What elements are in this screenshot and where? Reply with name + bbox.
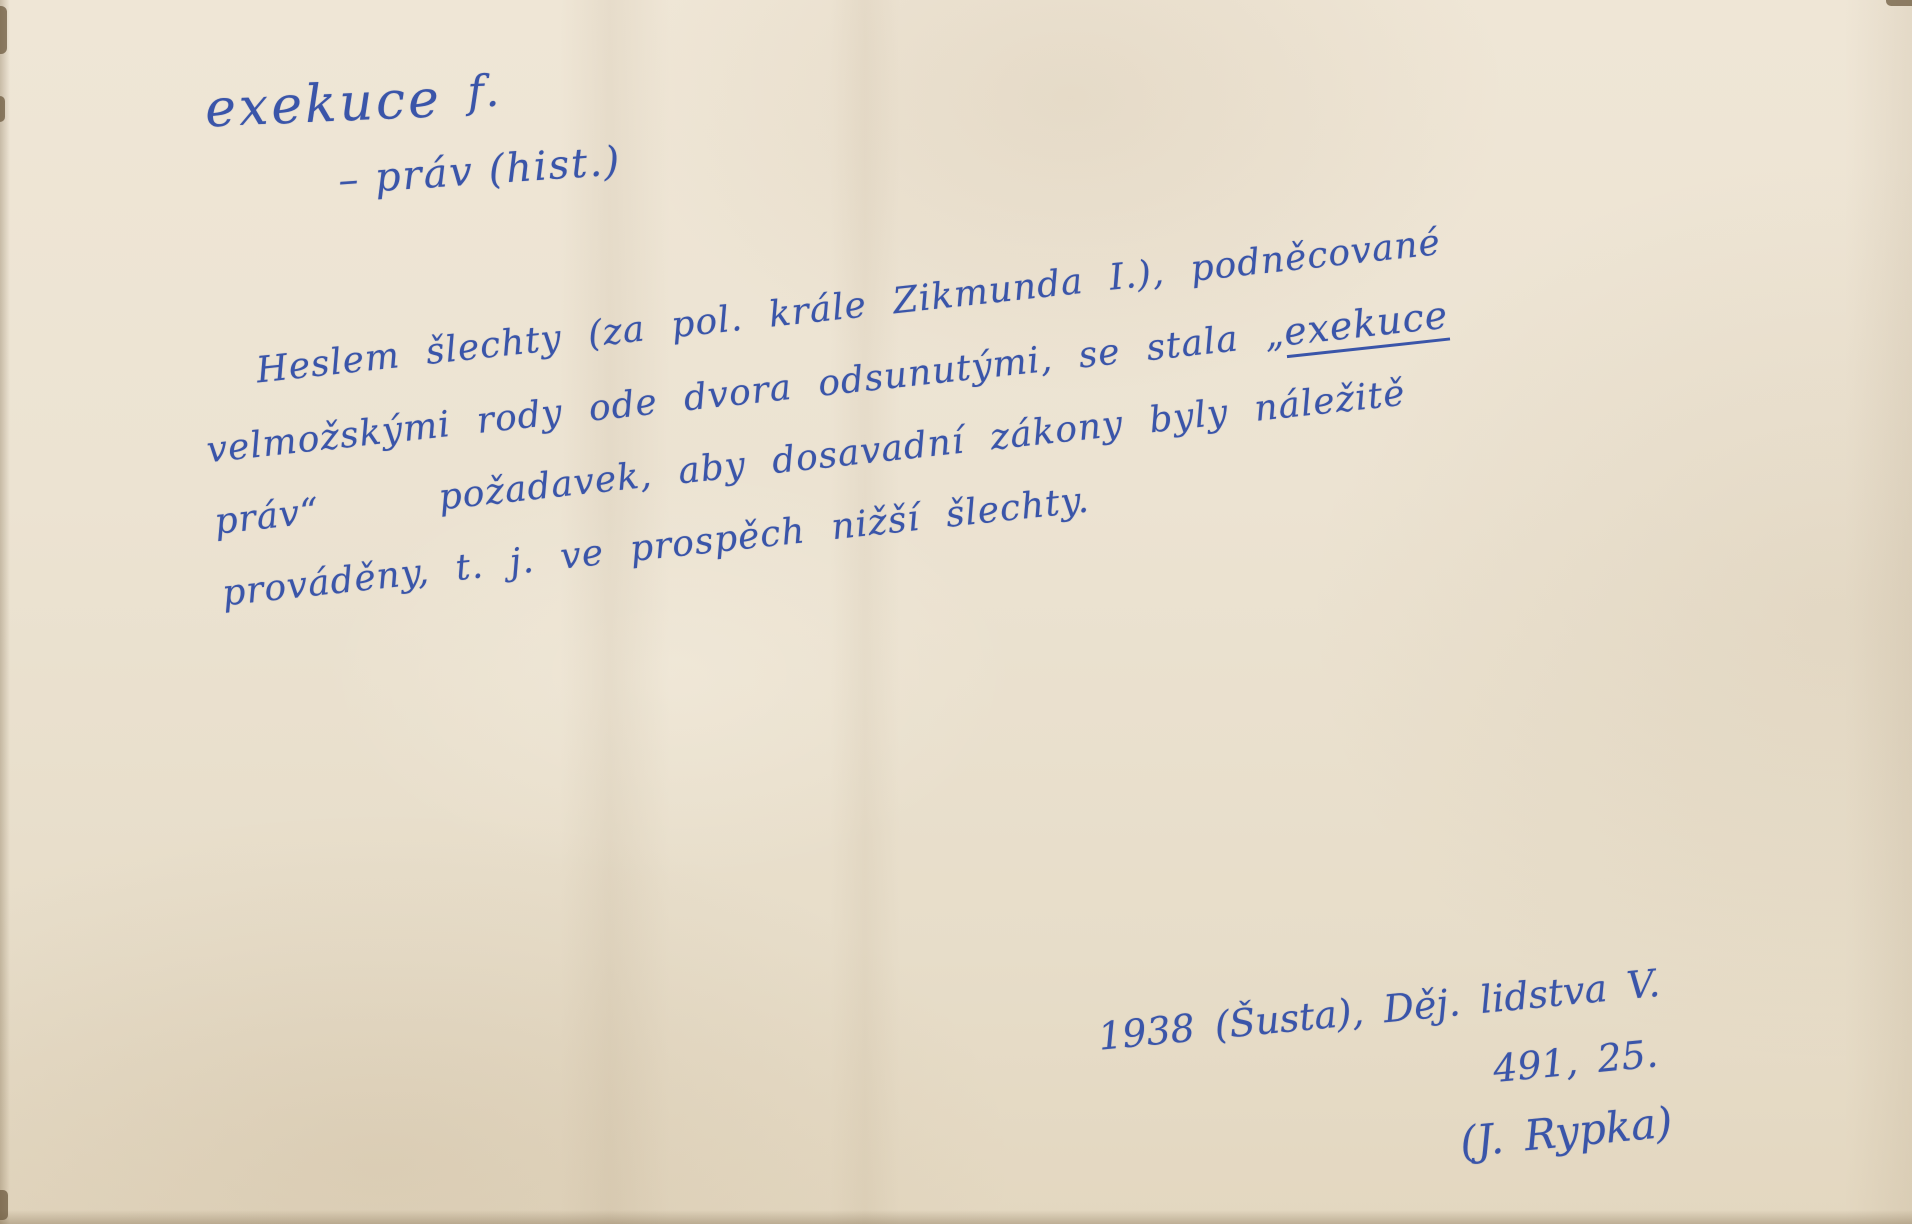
body-line-3-quote-end: práv“ [212,491,321,543]
lexical-card-scan: exekucef. – práv (hist.) Heslem šlechty … [0,0,1912,1224]
headword-row: exekucef. [204,66,504,140]
bottom-edge-shadow [0,1210,1912,1224]
underlined-term: exekuce [1282,293,1451,359]
citation-signature: (J. Rypka) [1457,1087,1677,1177]
scan-edge-artifact [0,1190,8,1220]
headword: exekuce [204,69,443,139]
field-label: – práv (hist.) [337,138,623,204]
scan-edge-artifact [0,96,5,122]
left-edge-shadow [0,0,10,1224]
paper-streak [830,0,900,1224]
scan-edge-artifact [1886,0,1912,6]
hand-gap [321,510,440,523]
definition-paragraph: Heslem šlechty (za pol. krále Zikmunda I… [195,153,1912,630]
scan-edge-artifact [0,6,7,54]
citation-block: 1938 (Šusta), Děj. lidstva V. 491, 25. (… [1095,948,1676,1211]
gender-label: f. [466,66,503,118]
